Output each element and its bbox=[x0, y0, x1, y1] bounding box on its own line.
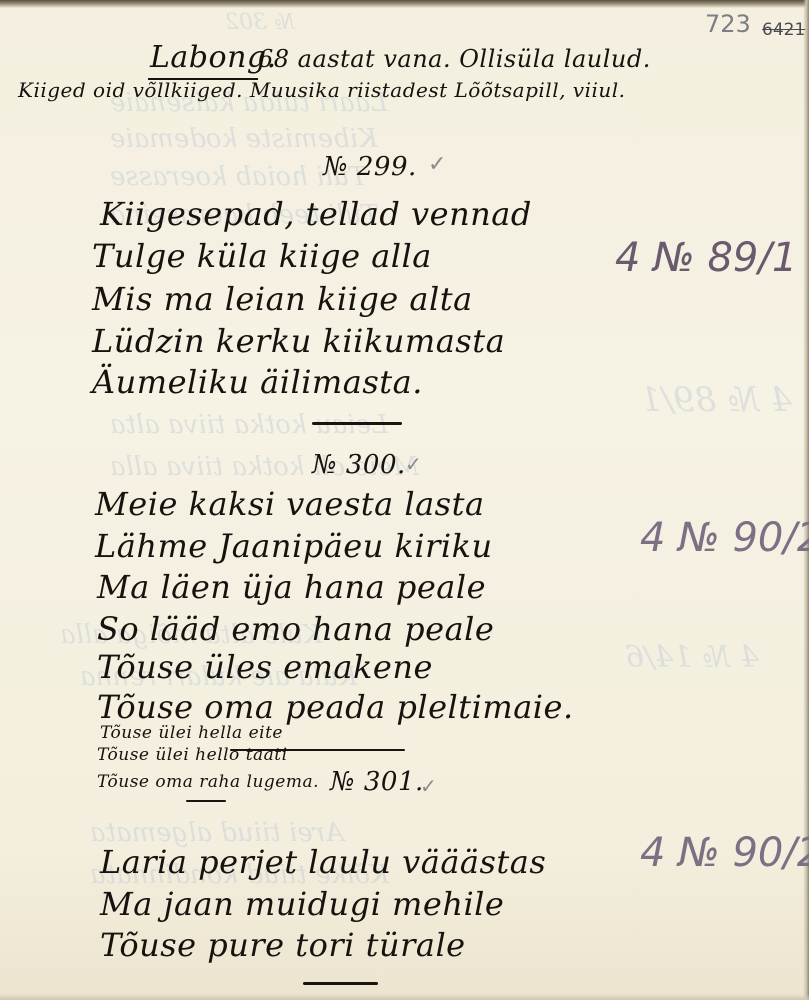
bleed-reference: 4 № 89/1 bbox=[640, 380, 792, 420]
checkmark-icon: ✓ bbox=[420, 774, 437, 798]
bleed-line: Leiau kotka tiiva alta bbox=[110, 410, 388, 440]
manuscript-page: № 302 Laari tulda kaisenaie Kibemiste ko… bbox=[0, 0, 809, 1000]
verse-line: Kiigesepad, tellad vennad bbox=[100, 195, 532, 233]
verse-line: Äumeliku äilimasta. bbox=[92, 363, 423, 401]
section-divider bbox=[312, 422, 402, 425]
verse-line: So lääd emo hana peale bbox=[97, 610, 494, 648]
reference-note: 4 № 90/2 bbox=[640, 830, 809, 876]
verse-line: Ma jaan muidugi mehile bbox=[100, 885, 504, 923]
checkmark-icon: ✓ bbox=[405, 452, 422, 476]
bleed-reference: 4 № 14/6 bbox=[625, 640, 759, 675]
verse-line: Tõuse pure tori türale bbox=[100, 926, 466, 964]
verse-line: Lähme Jaanipäeu kiriku bbox=[95, 527, 493, 565]
archive-number: 723 bbox=[705, 10, 751, 38]
verse-line: Tõuse oma peada pleltimaie. bbox=[97, 688, 574, 726]
verse-line: Tulge küla kiige alla bbox=[92, 237, 432, 275]
archive-number-struck: 6421 bbox=[762, 20, 805, 40]
song-number: № 301. bbox=[330, 767, 424, 797]
word-underline bbox=[186, 800, 226, 802]
variant-line: Tõuse oma raha lugema. bbox=[97, 772, 319, 792]
verse-line: Tõuse üles emakene bbox=[97, 648, 433, 686]
bleed-line: Kibemiste kodemaie bbox=[110, 124, 377, 154]
variant-line: Tõuse ülei hella eite bbox=[100, 723, 283, 743]
bleed-number: № 302 bbox=[225, 10, 295, 35]
variant-line: Tõuse ülei hello taati bbox=[97, 745, 288, 765]
verse-line: Lüdzin kerku kiikumasta bbox=[92, 322, 505, 360]
page-top-edge bbox=[0, 0, 809, 8]
page-bottom-edge bbox=[0, 994, 809, 1000]
verse-line: Mis ma leian kiige alta bbox=[92, 280, 473, 318]
header-info: 68 aastat vana. Ollisüla laulud. bbox=[258, 45, 651, 73]
song-number: № 300. bbox=[312, 450, 406, 480]
header-note: Kiiged oid võllkiiged. Muusika riistades… bbox=[18, 78, 626, 102]
verse-line: Ma läen üja hana peale bbox=[97, 568, 486, 606]
checkmark-icon: ✓ bbox=[428, 152, 446, 177]
verse-line: Laria perjet laulu vääästas bbox=[100, 843, 546, 881]
section-divider bbox=[303, 982, 378, 985]
verse-line: Meie kaksi vaesta lasta bbox=[95, 485, 485, 523]
song-number: № 299. bbox=[323, 152, 417, 182]
reference-note: 4 № 89/1 bbox=[615, 235, 797, 281]
reference-note: 4 № 90/2 bbox=[640, 515, 809, 561]
